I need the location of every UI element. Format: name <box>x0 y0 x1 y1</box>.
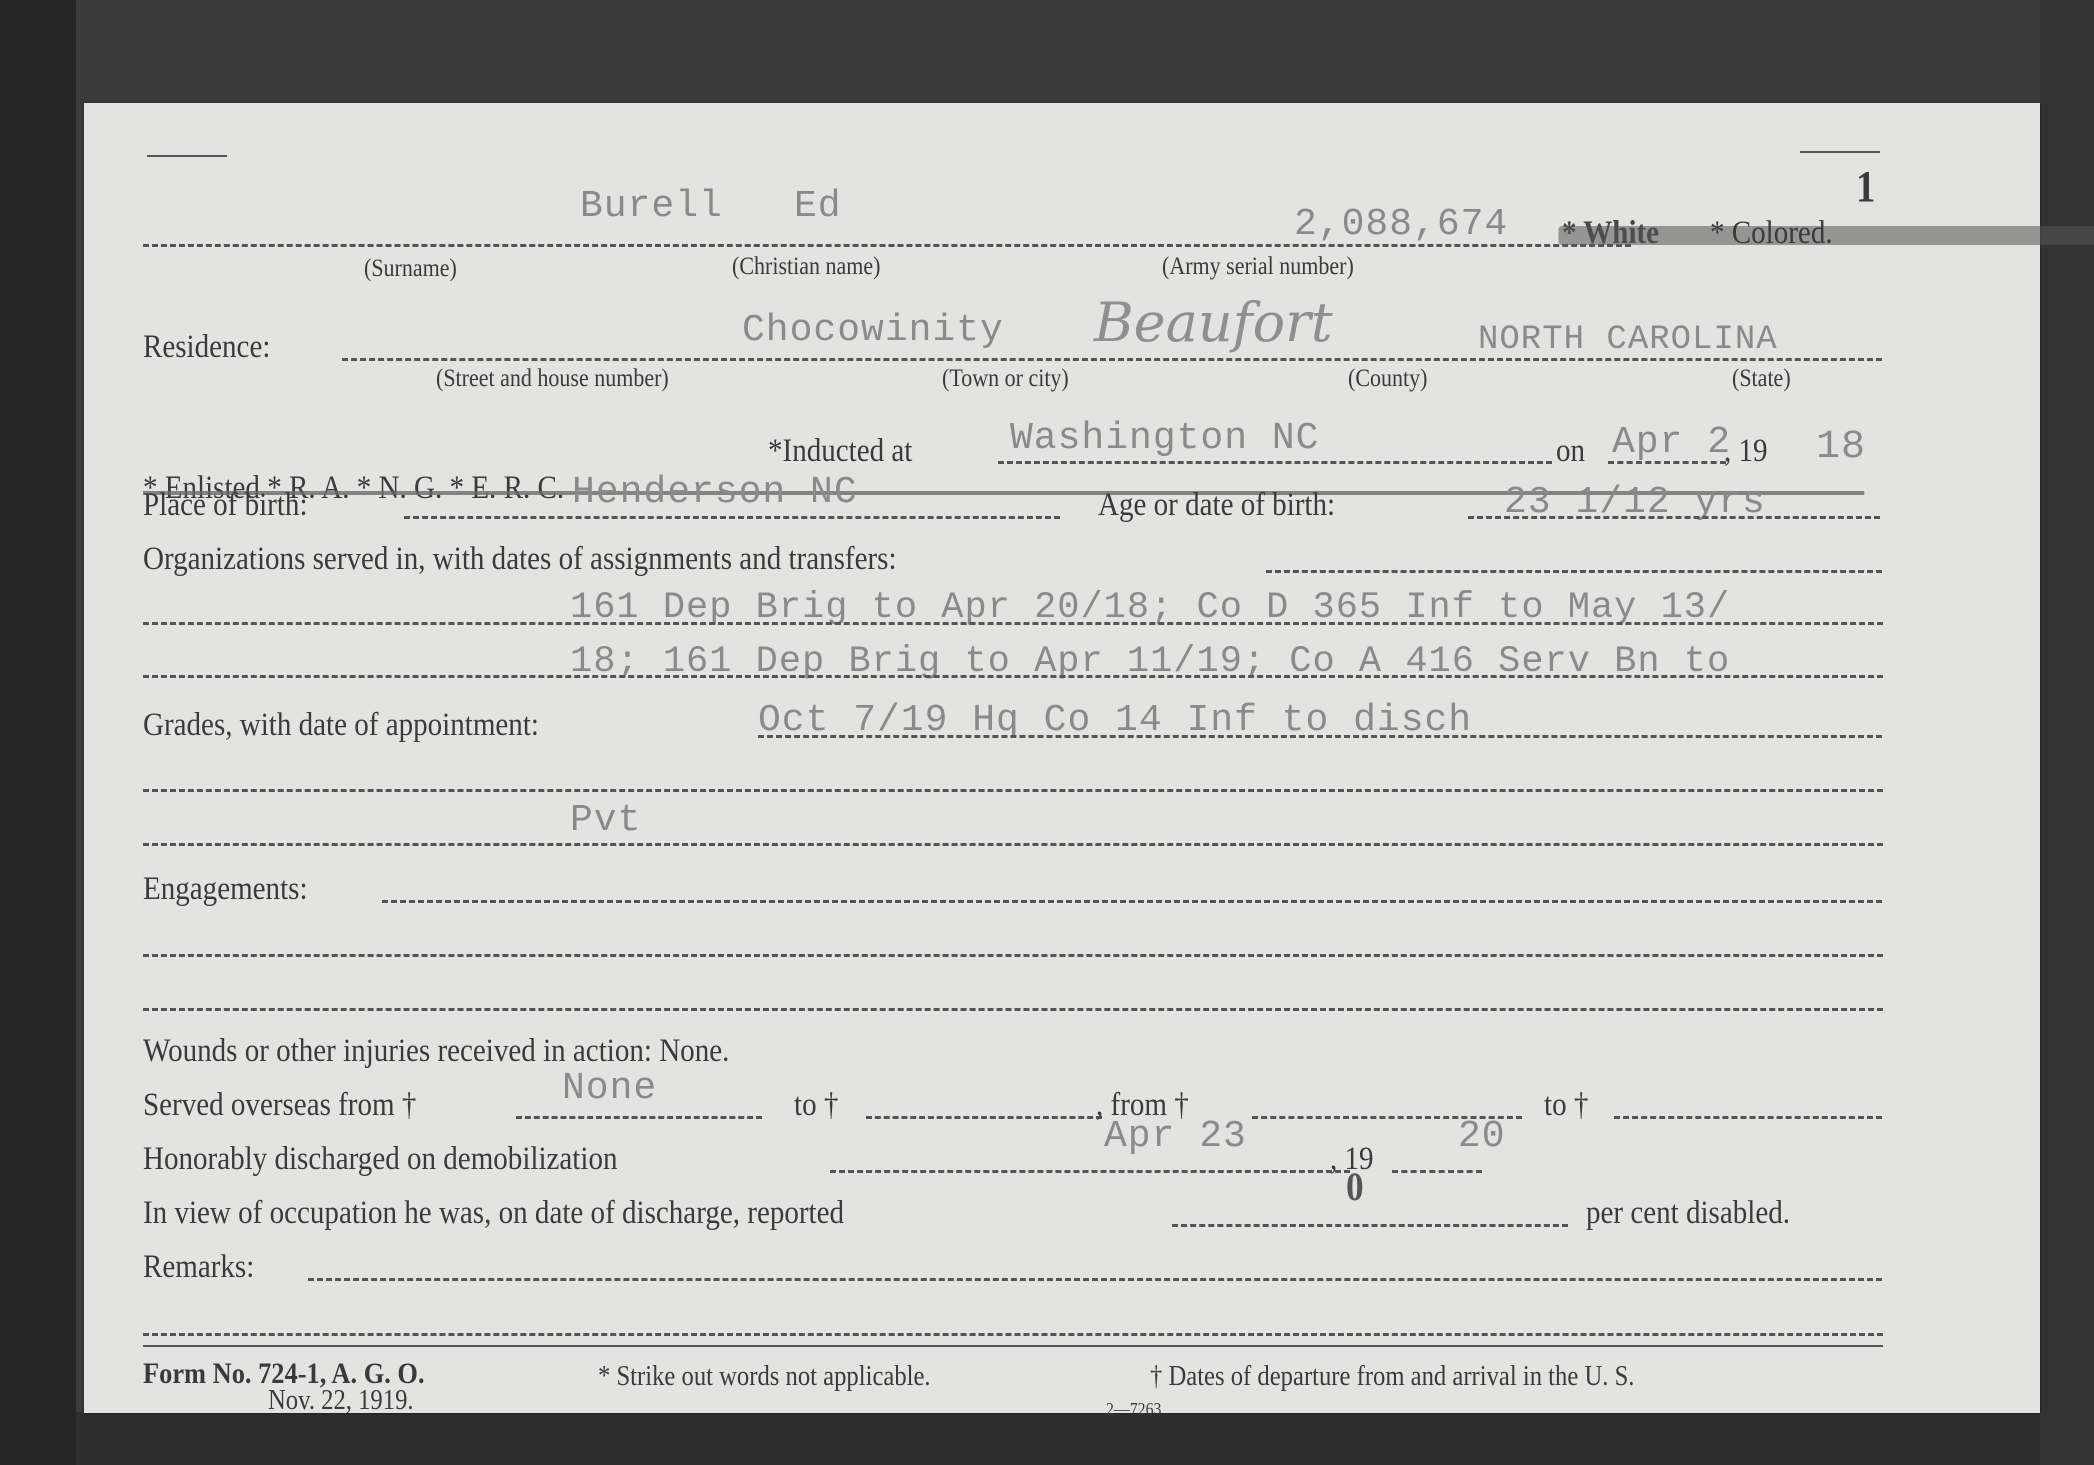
grades-line-2 <box>143 789 1883 792</box>
induction-year-value: 18 <box>1816 425 1866 470</box>
place-of-birth-line <box>404 516 1060 519</box>
served-overseas-from-value: None <box>562 1067 657 1110</box>
remarks-label: Remarks: <box>143 1249 254 1286</box>
footer-rule <box>143 1345 1883 1347</box>
scanner-edge-left <box>0 0 76 1465</box>
top-right-rule <box>1800 151 1880 153</box>
disability-label: In view of occupation he was, on date of… <box>143 1195 844 1232</box>
disability-line <box>1172 1224 1568 1227</box>
engagements-label: Engagements: <box>143 871 308 908</box>
place-of-birth-label: Place of birth: <box>143 487 308 524</box>
residence-town-value: Chocowinity <box>742 309 1004 352</box>
overseas-to2-line <box>1614 1116 1882 1119</box>
place-of-birth-value: Henderson NC <box>572 471 858 514</box>
caption-town: (Town or city) <box>942 365 1069 393</box>
wounds-label: Wounds or other injuries received in act… <box>143 1033 729 1070</box>
inducted-at-label: *Inducted at <box>768 433 912 470</box>
top-left-rule <box>147 155 227 157</box>
caption-surname: (Surname) <box>364 255 457 283</box>
engagements-line-3 <box>143 1008 1883 1011</box>
serial-number-value: 2,088,674 <box>1294 203 1508 246</box>
scanner-edge-bottom <box>76 1412 2040 1465</box>
organizations-label: Organizations served in, with dates of a… <box>143 541 897 578</box>
caption-state: (State) <box>1732 365 1791 393</box>
engagements-line-2 <box>143 954 1883 957</box>
disability-value: 0 <box>1346 1163 1364 1210</box>
induction-date-value: Apr 2 <box>1612 421 1731 464</box>
strike-out-note: * Strike out words not applicable. <box>598 1361 931 1393</box>
residence-line <box>342 358 1882 361</box>
organizations-underline-1 <box>143 622 1883 625</box>
card-number: 1 <box>1856 161 1875 212</box>
residence-label: Residence: <box>143 329 270 366</box>
grades-line-3 <box>143 843 1883 846</box>
induction-date-line <box>1608 461 1726 464</box>
discharge-label: Honorably discharged on demobilization <box>143 1141 617 1178</box>
inducted-place-value: Washington NC <box>1010 417 1319 460</box>
overseas-to-line <box>866 1116 1102 1119</box>
discharge-year-value: 20 <box>1458 1115 1506 1158</box>
discharge-date-value: Apr 23 <box>1104 1115 1247 1158</box>
served-overseas-label: Served overseas from † <box>143 1087 416 1124</box>
christian-name-value: Ed <box>794 185 842 228</box>
induction-year-prefix: , 19 <box>1724 433 1768 470</box>
caption-street: (Street and house number) <box>436 365 669 393</box>
grade-value: Pvt <box>570 799 641 842</box>
remarks-line-2 <box>143 1333 1883 1336</box>
age-line <box>1468 516 1880 519</box>
discharge-date-line <box>830 1170 1350 1173</box>
caption-christian-name: (Christian name) <box>732 253 880 281</box>
remarks-line-1 <box>308 1278 1882 1281</box>
name-line <box>143 244 1631 247</box>
dagger-note: † Dates of departure from and arrival in… <box>1150 1361 1634 1393</box>
overseas-to-label: to † <box>794 1087 838 1124</box>
engagements-line-1 <box>382 900 1882 903</box>
residence-state-value: NORTH CAROLINA <box>1478 321 1778 359</box>
discharge-year-line <box>1392 1170 1482 1173</box>
residence-county-value: Beaufort <box>1094 291 1333 354</box>
overseas-from-line <box>516 1116 762 1119</box>
grades-line-1 <box>758 735 1882 738</box>
service-record-card: 1 Burell Ed 2,088,674 * White * Colored.… <box>84 103 2040 1413</box>
organizations-underline-2 <box>143 675 1883 678</box>
caption-county: (County) <box>1348 365 1427 393</box>
age-label: Age or date of birth: <box>1098 487 1335 524</box>
organizations-label-line <box>1266 570 1882 573</box>
caption-serial-number: (Army serial number) <box>1162 253 1354 281</box>
on-label: on <box>1556 433 1585 470</box>
induction-place-line <box>998 461 1552 464</box>
disability-suffix: per cent disabled. <box>1586 1195 1790 1232</box>
grades-label: Grades, with date of appointment: <box>143 707 539 744</box>
form-date: Nov. 22, 1919. <box>268 1385 414 1417</box>
race-option-colored: * Colored. <box>1710 215 1833 252</box>
print-code: 2—7263 <box>1106 1399 1161 1420</box>
surname-value: Burell <box>580 185 723 228</box>
overseas-to2-label: to † <box>1544 1087 1588 1124</box>
